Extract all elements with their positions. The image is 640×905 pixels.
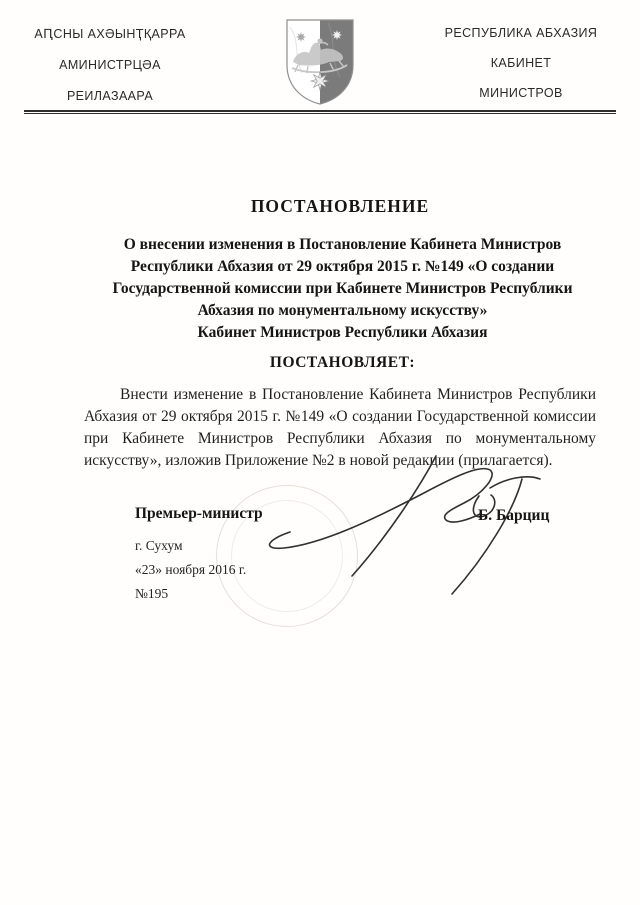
issuer-line: Кабинет Министров Республики Абхазия <box>70 324 615 342</box>
subject-line: О внесении изменения в Постановление Каб… <box>70 234 615 256</box>
org-left-line: АԤСНЫ АХӘЫНҬҚАРРА <box>20 26 200 41</box>
coat-of-arms-icon <box>284 17 356 107</box>
org-right-line: КАБИНЕТ <box>438 56 604 70</box>
document-page: АԤСНЫ АХӘЫНҬҚАРРА АМИНИСТРЦӘА РЕИЛАЗААРА <box>0 0 640 905</box>
subject-line: Государственной комиссии при Кабинете Ми… <box>70 278 615 300</box>
org-right-line: МИНИСТРОВ <box>438 86 604 100</box>
letterhead-right: РЕСПУБЛИКА АБХАЗИЯ КАБИНЕТ МИНИСТРОВ <box>438 26 604 116</box>
org-right-line: РЕСПУБЛИКА АБХАЗИЯ <box>438 26 604 40</box>
subject-line: Абхазия по монументальному искусству» <box>70 300 615 322</box>
decree-number: №195 <box>135 586 168 602</box>
letterhead-left: АԤСНЫ АХӘЫНҬҚАРРА АМИНИСТРЦӘА РЕИЛАЗААРА <box>20 26 200 120</box>
subject-line: Республики Абхазия от 29 октября 2015 г.… <box>70 256 615 278</box>
decree-subject: О внесении изменения в Постановление Каб… <box>70 234 615 322</box>
decree-title: ПОСТАНОВЛЕНИЕ <box>84 196 596 217</box>
issue-city: г. Сухум <box>135 538 183 554</box>
org-left-line: АМИНИСТРЦӘА <box>20 58 200 72</box>
org-left-line: РЕИЛАЗААРА <box>20 89 200 103</box>
issue-date: «23» ноября 2016 г. <box>135 562 246 578</box>
handwritten-signature <box>232 452 544 604</box>
letterhead-divider <box>24 110 616 114</box>
signatory-name: Б. Барциц <box>478 507 549 525</box>
resolves-word: ПОСТАНОВЛЯЕТ: <box>70 354 615 372</box>
